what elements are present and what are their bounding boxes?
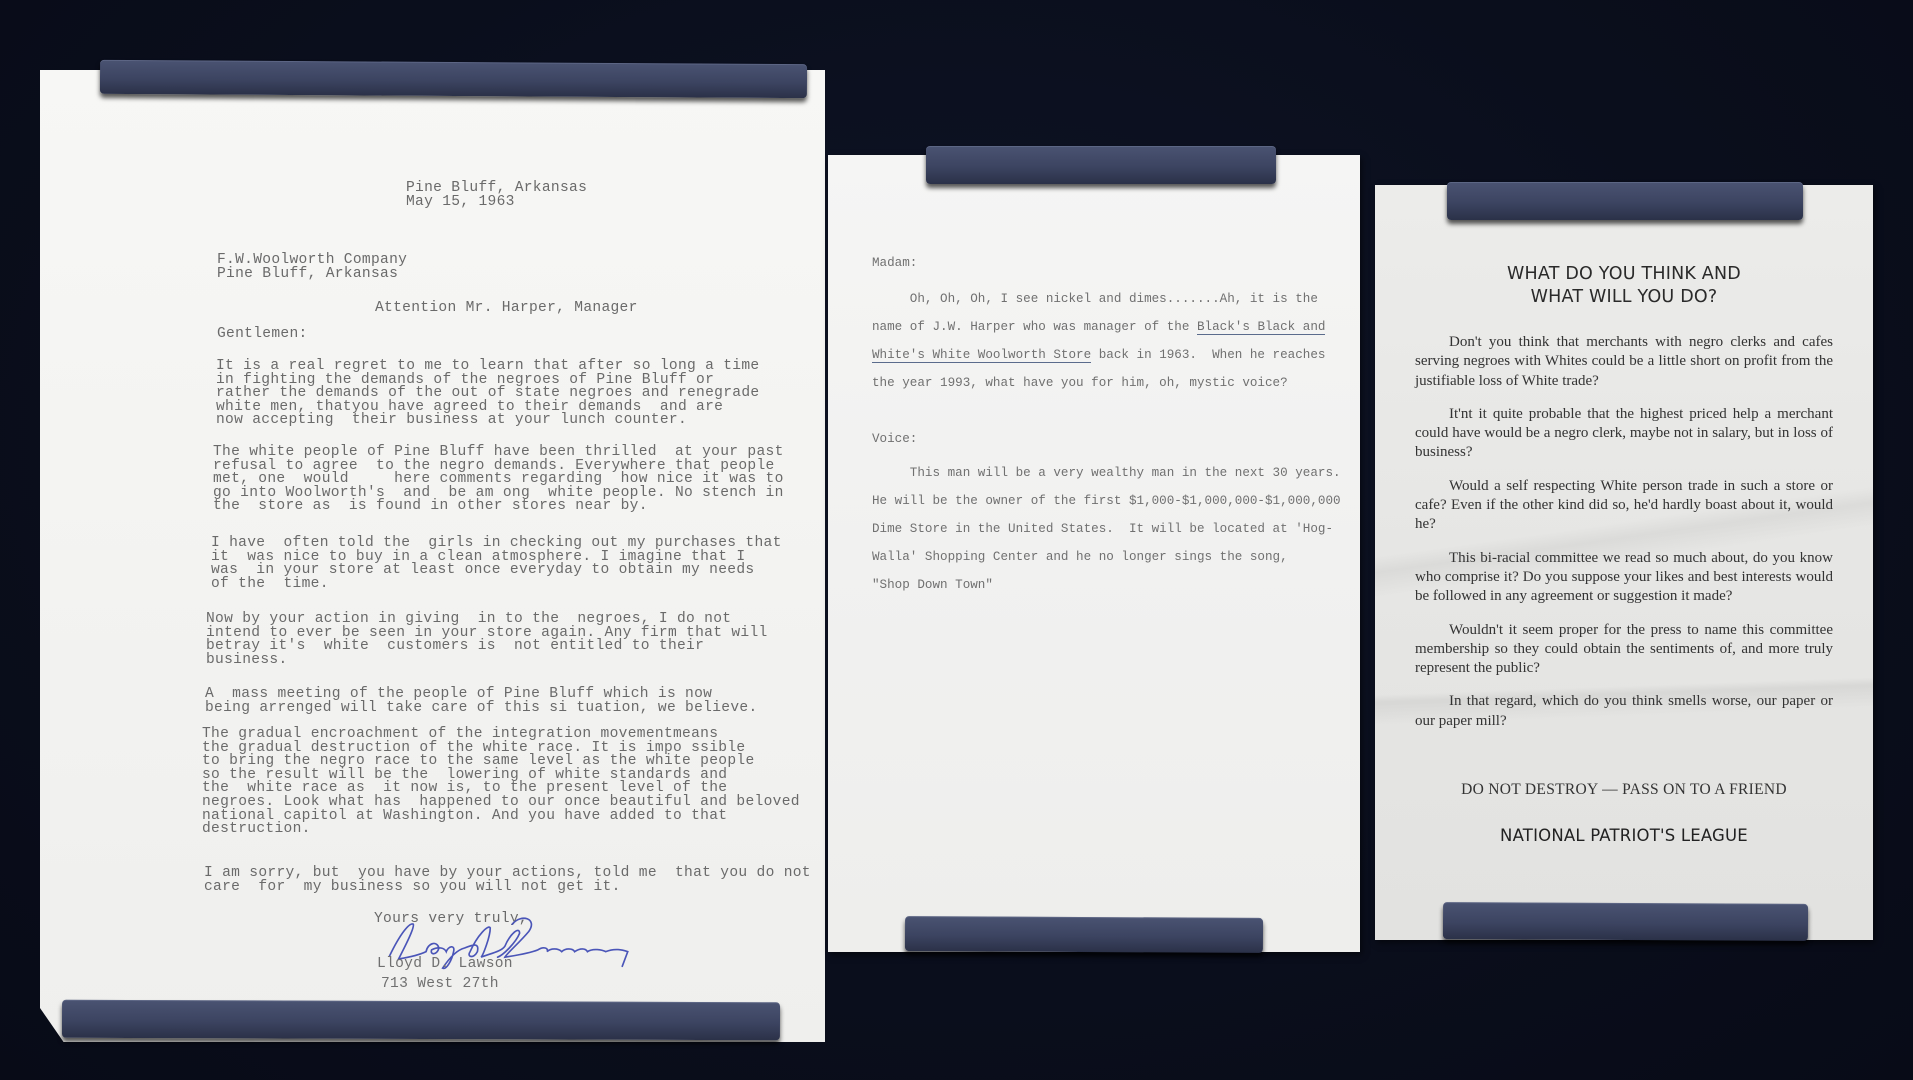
flyer-title-line2: WHAT WILL YOU DO? [1375,286,1873,309]
voice-text: name of J.W. Harper who was manager of t… [872,320,1197,334]
letter-date: May 15, 1963 [406,196,515,210]
letter-paragraph: Now by your action in giving in to the n… [206,613,768,667]
letter-typed-name: Lloyd D. Lawson [377,958,513,972]
voice-paragraph-line: "Shop Down Town" [872,571,993,599]
letter-paragraph: It is a real regret to me to learn that … [216,360,759,428]
flyer-paragraph: This bi-racial committee we read so much… [1415,549,1833,607]
voice-paragraph-line: Oh, Oh, Oh, I see nickel and dimes......… [872,285,1318,313]
flyer-organization: NATIONAL PATRIOT'S LEAGUE [1375,826,1873,845]
underlined-store-name: Black's Black and [1197,320,1325,335]
voice-salutation: Madam: [872,255,917,271]
letter-paragraph: I am sorry, but you have by your actions… [204,867,811,894]
flyer-body: Don't you think that merchants with negr… [1415,333,1833,745]
letter-address: 713 West 27th [381,978,499,992]
voice-paragraph-line: This man will be a very wealthy man in t… [872,459,1341,487]
letter-recipient-city: Pine Bluff, Arkansas [217,268,398,282]
letter-paragraph: A mass meeting of the people of Pine Blu… [205,688,758,715]
flyer-title-line1: WHAT DO YOU THINK AND [1375,263,1873,286]
letter-paragraph: I have often told the girls in checking … [211,537,782,591]
voice-paragraph-line: Walla' Shopping Center and he no longer … [872,543,1288,571]
letter-salutation: Gentlemen: [217,328,308,342]
voice-paragraph-line: Dime Store in the United States. It will… [872,515,1333,543]
flyer-paragraph: Would a self respecting White person tra… [1415,477,1833,535]
letter-paragraph: The gradual encroachment of the integrat… [202,728,800,837]
mount-strip-top [926,146,1276,184]
mount-strip-top [100,60,807,98]
voice-letter-document: Madam: Oh, Oh, Oh, I see nickel and dime… [828,155,1360,952]
letter-document: Pine Bluff, Arkansas May 15, 1963 F.W.Wo… [40,70,825,1042]
flyer-footer: DO NOT DESTROY — PASS ON TO A FRIEND [1375,781,1873,799]
voice-text: back in 1963. When he reaches [1091,348,1325,362]
mount-strip-top [1447,182,1803,220]
voice-paragraph-line: White's White Woolworth Store back in 19… [872,341,1325,369]
mount-strip-bottom [1443,902,1808,941]
letter-paragraph: The white people of Pine Bluff have been… [213,446,784,514]
flyer-document: WHAT DO YOU THINK AND WHAT WILL YOU DO? … [1375,185,1873,940]
voice-paragraph-line: the year 1993, what have you for him, oh… [872,369,1288,397]
flyer-paragraph: Don't you think that merchants with negr… [1415,333,1833,391]
flyer-paragraph: In that regard, which do you think smell… [1415,692,1833,731]
flyer-paragraph: Wouldn't it seem proper for the press to… [1415,621,1833,679]
mount-strip-bottom [62,1000,780,1041]
underlined-store-name: White's White Woolworth Store [872,348,1091,363]
voice-paragraph-line: He will be the owner of the first $1,000… [872,487,1341,515]
mount-strip-bottom [905,916,1263,953]
letter-attention-line: Attention Mr. Harper, Manager [375,302,638,316]
voice-label: Voice: [872,425,917,453]
voice-paragraph-line: name of J.W. Harper who was manager of t… [872,313,1325,341]
flyer-paragraph: It'nt it quite probable that the highest… [1415,405,1833,463]
